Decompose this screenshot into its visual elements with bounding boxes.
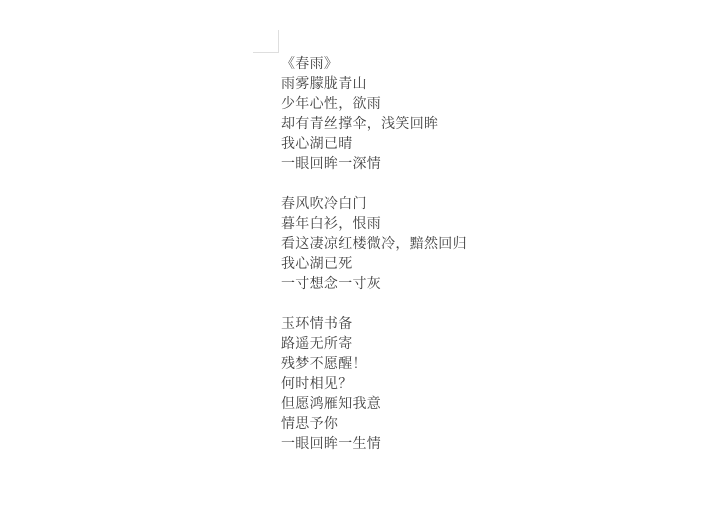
margin-crop-mark [253,30,279,53]
poem-line: 春风吹冷白门 [281,195,467,215]
poem-blank-line [281,175,467,195]
poem-line: 一眼回眸一生情 [281,435,467,455]
poem-line: 何时相见？ [281,375,467,395]
poem-line: 情思予你 [281,415,467,435]
poem-line: 少年心性，欲雨 [281,95,467,115]
poem-line: 但愿鸿雁知我意 [281,395,467,415]
poem-line: 我心湖已死 [281,255,467,275]
poem-line: 残梦不愿醒！ [281,355,467,375]
poem-line: 一眼回眸一深情 [281,155,467,175]
poem-line: 雨雾朦胧青山 [281,75,467,95]
poem-blank-line [281,295,467,315]
poem-line: 玉环情书备 [281,315,467,335]
poem-line: 看这凄凉红楼微冷，黯然回归 [281,235,467,255]
poem-line: 路遥无所寄 [281,335,467,355]
poem-text-block: 《春雨》 雨雾朦胧青山 少年心性，欲雨 却有青丝撑伞，浅笑回眸 我心湖已晴 一眼… [281,55,467,455]
poem-line: 一寸想念一寸灰 [281,275,467,295]
document-page: 《春雨》 雨雾朦胧青山 少年心性，欲雨 却有青丝撑伞，浅笑回眸 我心湖已晴 一眼… [0,0,720,509]
poem-line: 暮年白衫，恨雨 [281,215,467,235]
poem-title: 《春雨》 [281,55,467,75]
poem-line: 却有青丝撑伞，浅笑回眸 [281,115,467,135]
poem-line: 我心湖已晴 [281,135,467,155]
